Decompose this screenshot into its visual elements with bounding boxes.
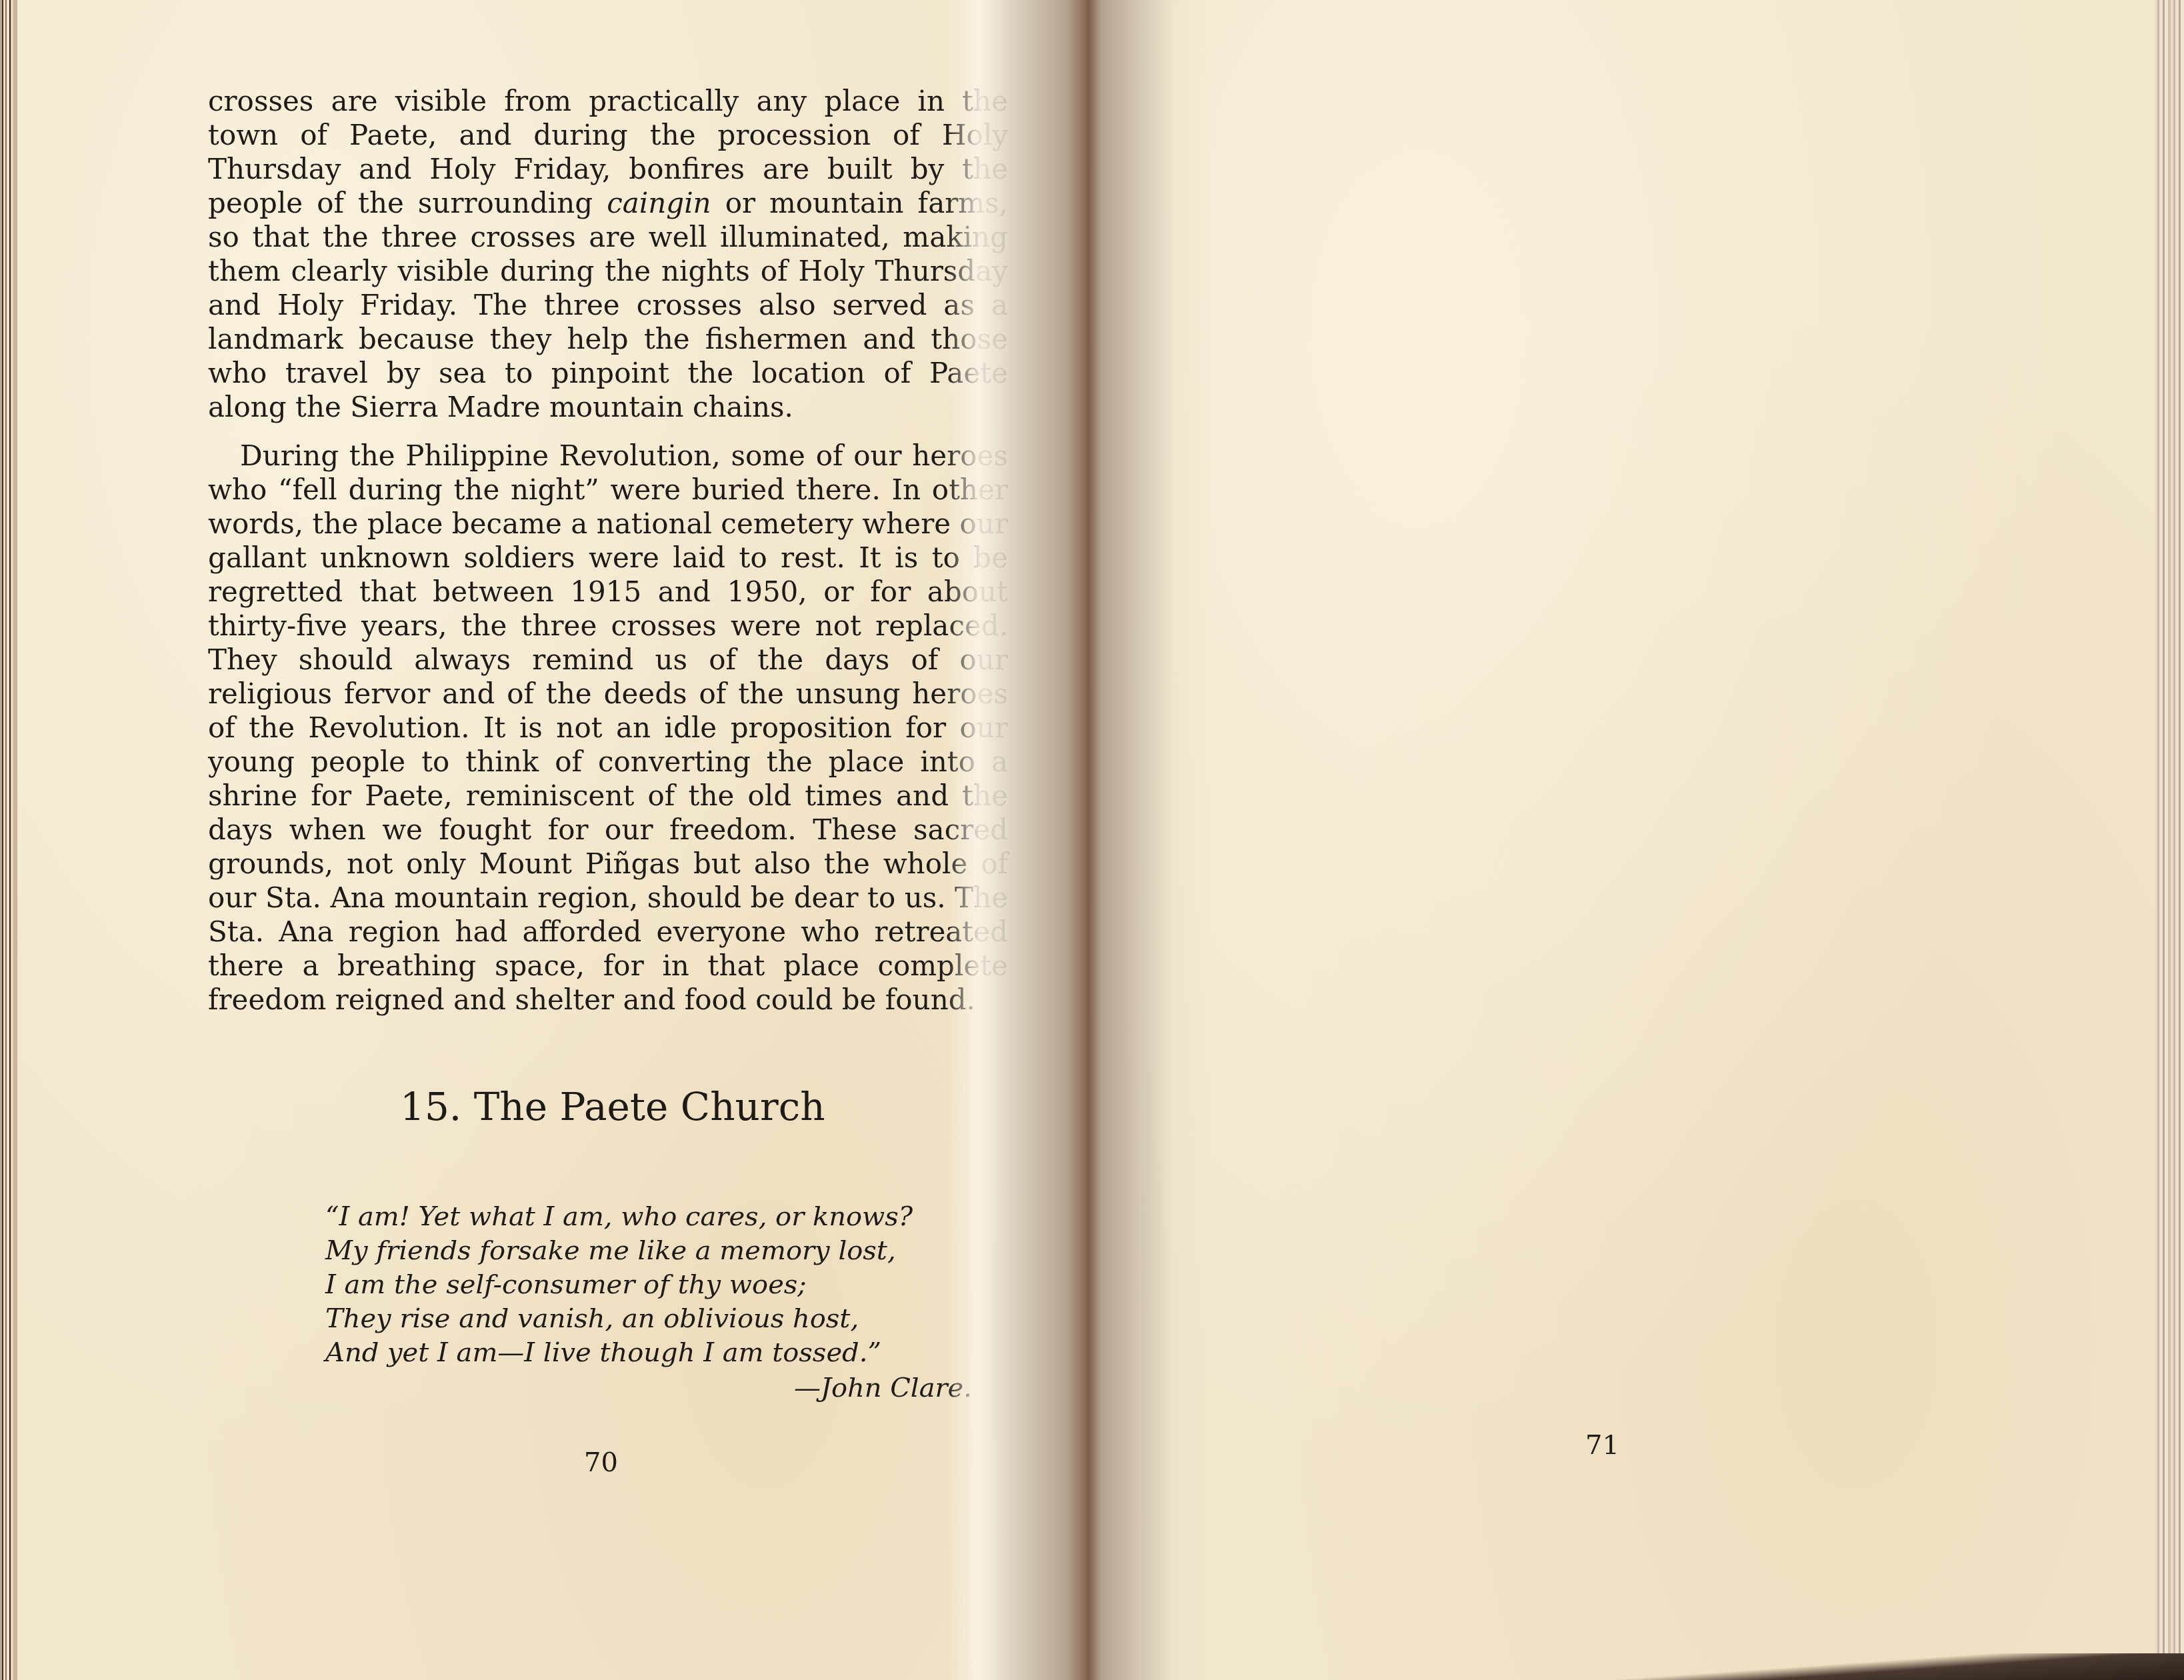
right-page: Almost immediately after the Franciscan … [1091, 0, 2184, 1680]
page-number-right: 71 [1585, 1431, 1619, 1460]
page-number-left: 70 [584, 1448, 618, 1477]
paragraph-revolution: During the Philippine Revolution, some o… [208, 439, 1008, 1017]
paragraph-text: or mountain farms, so that the three cro… [208, 187, 1008, 423]
poem-line: And yet I am—I live though I am tossed.” [325, 1336, 972, 1370]
poem-line: My friends forsake me like a memory lost… [325, 1234, 972, 1268]
poem-line: I am the self-consumer of thy woes; [325, 1268, 972, 1302]
epigraph-attribution: —John Clare. [325, 1371, 972, 1405]
book-spread: crosses are visible from practically any… [0, 0, 2184, 1680]
poem-line: “I am! Yet what I am, who cares, or know… [325, 1200, 972, 1234]
poem-line: They rise and vanish, an oblivious host, [325, 1302, 972, 1336]
italic-term: caingin [607, 187, 711, 219]
epigraph-poem: “I am! Yet what I am, who cares, or know… [325, 1200, 972, 1405]
page-edges-right [2155, 0, 2184, 1680]
paragraph-crosses: crosses are visible from practically any… [208, 84, 1008, 424]
left-page-body: crosses are visible from practically any… [208, 84, 1008, 1031]
book-gutter [947, 0, 1213, 1680]
left-page: crosses are visible from practically any… [0, 0, 1091, 1680]
corner-shadow [1517, 1653, 2184, 1680]
chapter-heading: 15. The Paete Church [400, 1085, 813, 1128]
page-edges-left [0, 0, 17, 1680]
